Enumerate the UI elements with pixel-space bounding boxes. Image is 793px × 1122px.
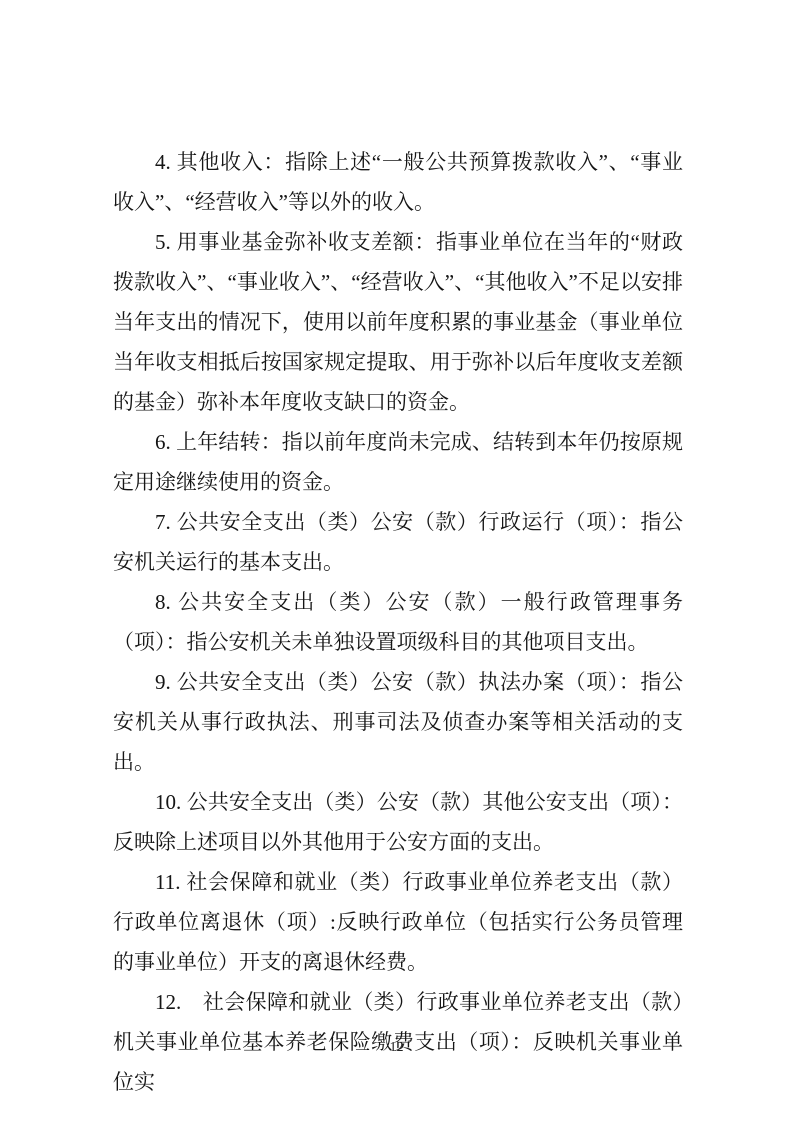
- paragraph-5-fund-gap: 5. 用事业基金弥补收支差额：指事业单位在当年的“财政拨款收入”、“事业收入”、…: [113, 222, 683, 422]
- document-body: 4. 其他收入：指除上述“一般公共预算拨款收入”、“事业收入”、“经营收入”等以…: [113, 142, 683, 1102]
- paragraph-4-other-income: 4. 其他收入：指除上述“一般公共预算拨款收入”、“事业收入”、“经营收入”等以…: [113, 142, 683, 222]
- document-page: 4. 其他收入：指除上述“一般公共预算拨款收入”、“事业收入”、“经营收入”等以…: [0, 0, 793, 1122]
- paragraph-9-law-enforcement: 9. 公共安全支出（类）公安（款）执法办案（项）：指公安机关从事行政执法、刑事司…: [113, 662, 683, 782]
- paragraph-8-general-admin: 8. 公共安全支出（类）公安（款）一般行政管理事务（项）：指公安机关未单独设置项…: [113, 582, 683, 662]
- paragraph-11-retirement: 11. 社会保障和就业（类）行政事业单位养老支出（款）行政单位离退休（项）:反映…: [113, 862, 683, 982]
- paragraph-6-carryover: 6. 上年结转：指以前年度尚未完成、结转到本年仍按原规定用途继续使用的资金。: [113, 422, 683, 502]
- paragraph-10-other-police: 10. 公共安全支出（类）公安（款）其他公安支出（项）：反映除上述项目以外其他用…: [113, 782, 683, 862]
- page-number: 12: [0, 1039, 793, 1057]
- paragraph-7-admin-operation: 7. 公共安全支出（类）公安（款）行政运行（项）：指公安机关运行的基本支出。: [113, 502, 683, 582]
